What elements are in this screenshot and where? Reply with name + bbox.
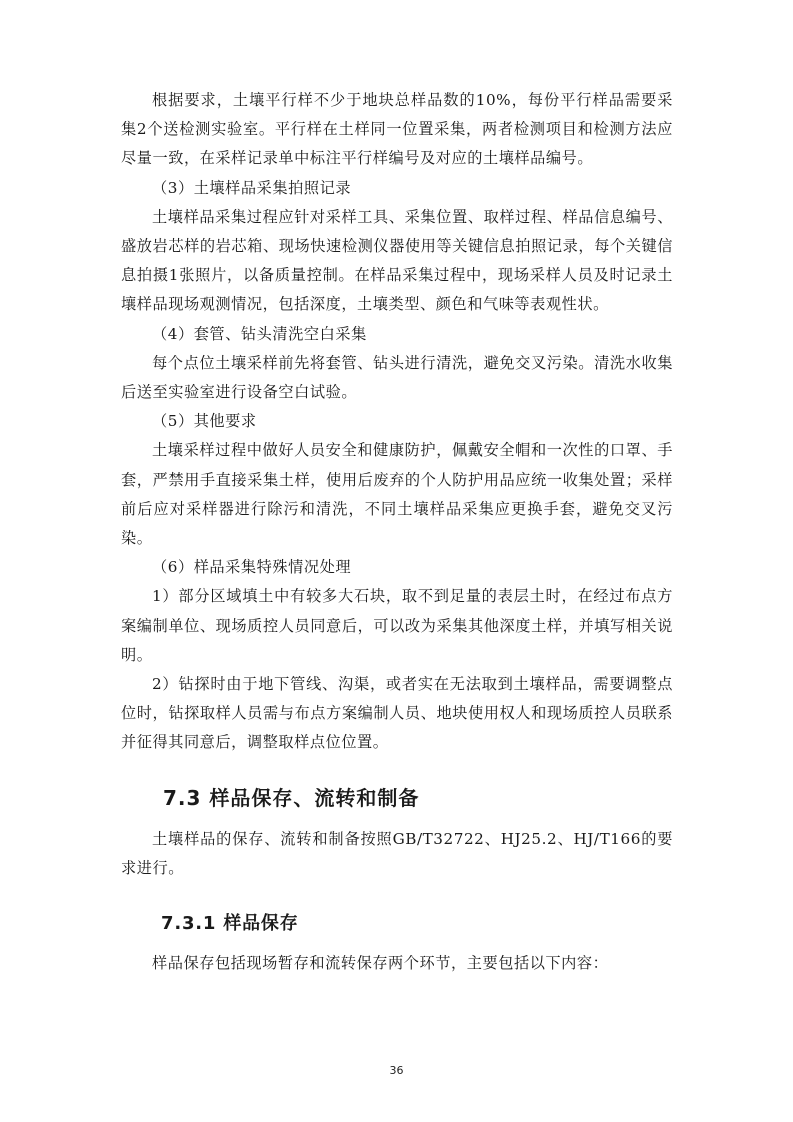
paragraph-special-case-2: 2）钻探时由于地下管线、沟渠，或者实在无法取到土壤样品，需要调整点位时，钻探取样… [121,670,673,758]
document-page: 根据要求，土壤平行样不少于地块总样品数的10%，每份平行样品需要采集2个送检测实… [121,86,673,978]
section-heading-7-3-1: 7.3.1 样品保存 [121,909,673,935]
paragraph-other-requirements: 土壤采样过程中做好人员安全和健康防护，佩戴安全帽和一次性的口罩、手套，严禁用手直… [121,436,673,553]
paragraph-7-3-body: 土壤样品的保存、流转和制备按照GB/T32722、HJ25.2、HJ/T166的… [121,825,673,883]
paragraph-special-case-1: 1）部分区域填土中有较多大石块，取不到足量的表层土时，在经过布点方案编制单位、现… [121,582,673,670]
paragraph-blank-collection: 每个点位土壤采样前先将套管、钻头进行清洗，避免交叉污染。清洗水收集后送至实验室进… [121,349,673,407]
paragraph-photo-record: 土壤样品采集过程应针对采样工具、采集位置、取样过程、样品信息编号、盛放岩芯样的岩… [121,203,673,320]
paragraph-parallel-samples: 根据要求，土壤平行样不少于地块总样品数的10%，每份平行样品需要采集2个送检测实… [121,86,673,174]
paragraph-7-3-1-body: 样品保存包括现场暂存和流转保存两个环节，主要包括以下内容： [121,949,673,978]
section-heading-7-3: 7.3 样品保存、流转和制备 [121,782,673,811]
subheading-photo-record: （3）土壤样品采集拍照记录 [121,174,673,203]
page-number: 36 [0,1064,793,1077]
subheading-blank-collection: （4）套管、钻头清洗空白采集 [121,320,673,349]
subheading-special-cases: （6）样品采集特殊情况处理 [121,553,673,582]
subheading-other-requirements: （5）其他要求 [121,407,673,436]
